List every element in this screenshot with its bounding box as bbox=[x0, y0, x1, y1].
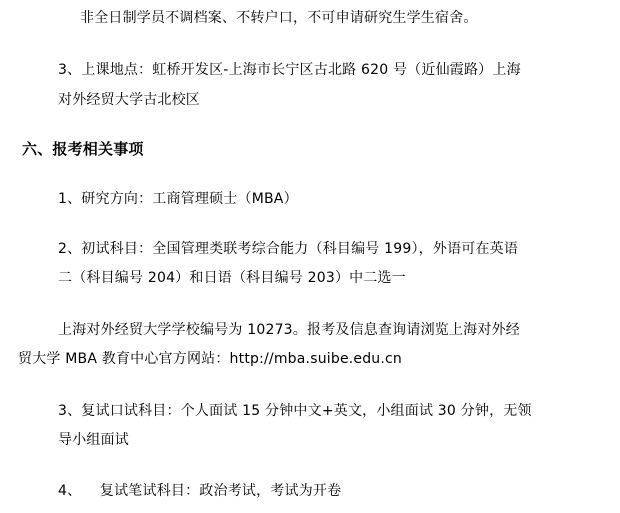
item-oral-exam: 3、复试口试科目：个人面试 15 分钟中文+英文，小组面试 30 分钟，无领 bbox=[58, 403, 532, 419]
item-preliminary-exam: 2、初试科目：全国管理类联考综合能力（科目编号 199），外语可在英语 bbox=[58, 241, 518, 257]
section-heading: 六、报考相关事项 bbox=[22, 141, 144, 157]
paragraph-school-code: 上海对外经贸大学学校编号为 10273。报考及信息查询请浏览上海对外经 bbox=[58, 322, 520, 338]
paragraph-dormitory-note: 非全日制学员不调档案、不转户口，不可申请研究生学生宿舍。 bbox=[80, 10, 478, 26]
paragraph-class-location-cont: 对外经贸大学古北校区 bbox=[58, 92, 200, 108]
item-oral-exam-cont: 导小组面试 bbox=[58, 432, 129, 448]
paragraph-class-location: 3、上课地点：虹桥开发区-上海市长宁区古北路 620 号（近仙霞路）上海 bbox=[58, 62, 521, 78]
item-research-direction: 1、研究方向：工商管理硕士（MBA） bbox=[58, 191, 298, 207]
item-preliminary-exam-cont: 二（科目编号 204）和日语（科目编号 203）中二选一 bbox=[58, 270, 406, 286]
item-written-exam: 4、 复试笔试科目：政治考试，考试为开卷 bbox=[58, 483, 341, 499]
paragraph-official-website: 贸大学 MBA 教育中心官方网站：http://mba.suibe.edu.cn bbox=[18, 351, 402, 367]
